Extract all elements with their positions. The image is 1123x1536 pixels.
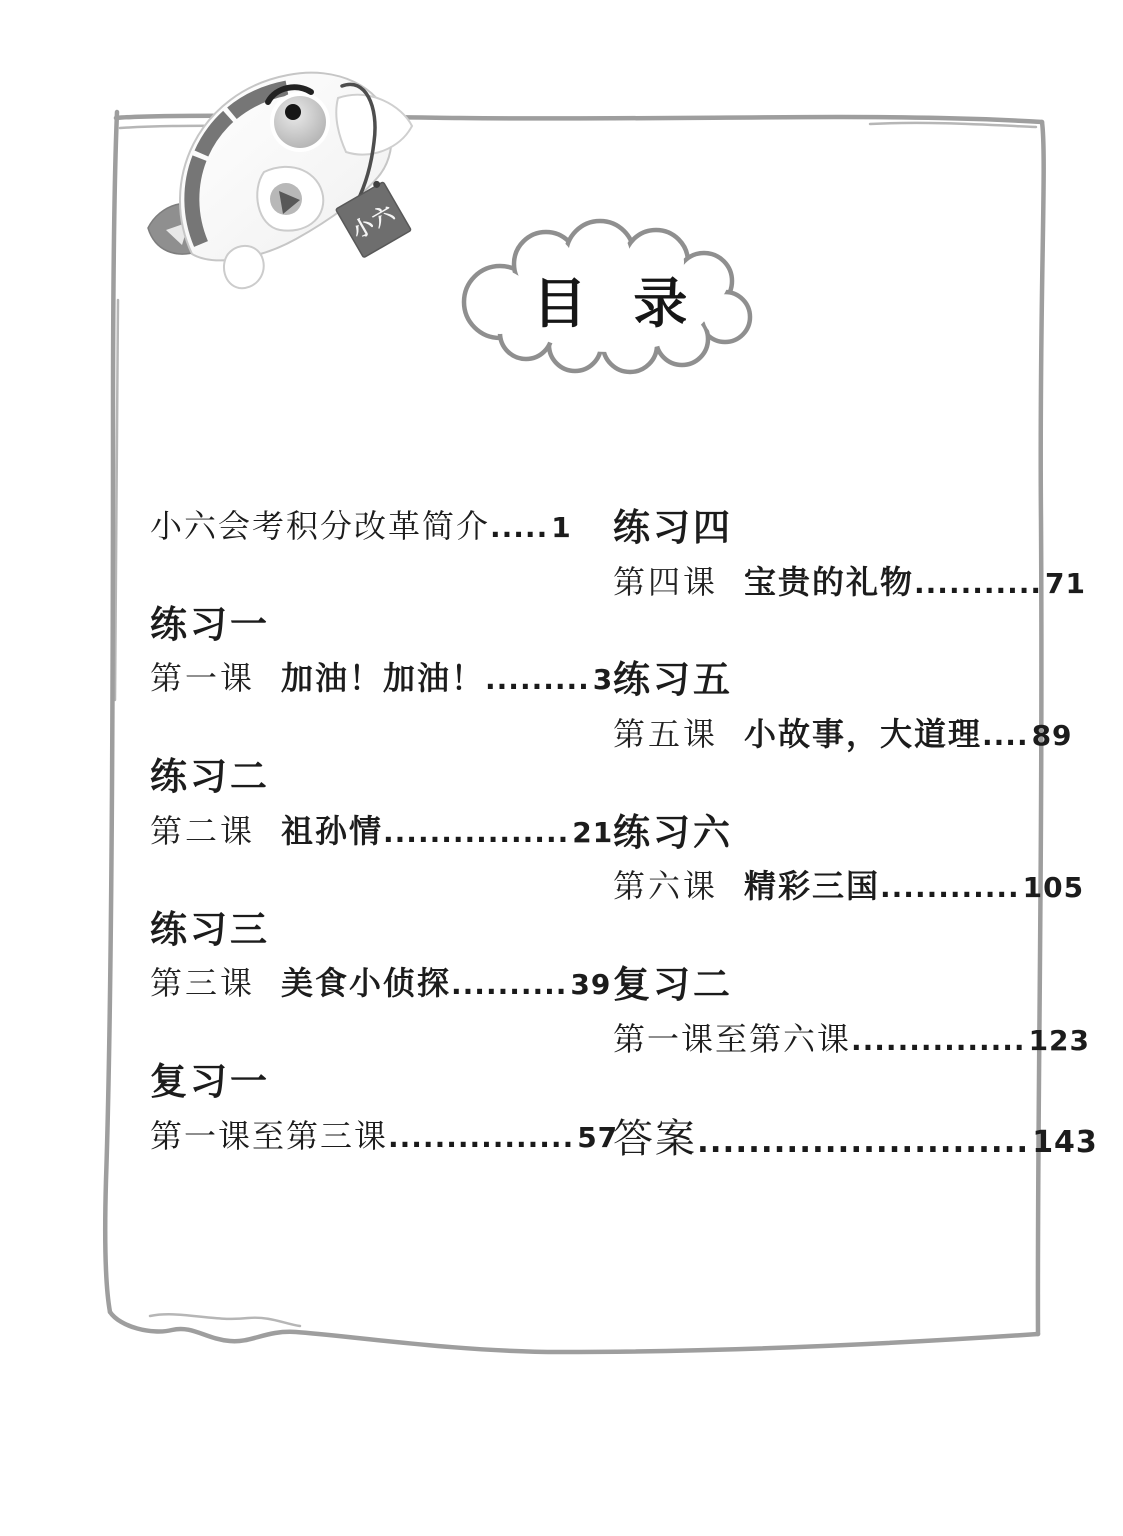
- section-label: 复习二: [613, 963, 733, 1006]
- entry-lesson-label: 第二课: [150, 812, 255, 850]
- fish-pectoral-fin: [257, 167, 323, 231]
- dot-leader: ................: [388, 1121, 574, 1154]
- fish-mascot-illustration: 小六: [140, 62, 430, 302]
- entry-lesson-label: 第五课: [613, 715, 718, 753]
- page-title: 目 录: [460, 218, 760, 380]
- fish-lower-fin: [224, 246, 264, 288]
- title-cloud: 目 录: [460, 218, 760, 380]
- section-label: 练习四: [613, 506, 733, 549]
- toc-entry: 第二课祖孙情................21: [150, 813, 580, 851]
- entry-page-number: 143: [1032, 1125, 1098, 1160]
- dot-leader: ..........................: [697, 1124, 1029, 1160]
- entry-lesson-label: 第一课: [150, 659, 255, 697]
- entry-page-number: 71: [1045, 567, 1086, 600]
- toc-entry: 第六课精彩三国............105: [613, 868, 1043, 906]
- toc-section-header: 复习二: [613, 963, 1043, 1007]
- entry-page-number: 3: [593, 663, 613, 696]
- entry-lesson-label: 第六课: [613, 867, 718, 905]
- entry-page-number: 105: [1023, 871, 1084, 904]
- entry-title: 答案: [613, 1116, 697, 1162]
- toc-section-header: 练习四: [613, 506, 1043, 550]
- entry-title: 第一课至第三课: [150, 1117, 388, 1155]
- dot-leader: ...........: [914, 567, 1042, 600]
- toc-line-entry: 第一课至第三课................57: [150, 1118, 580, 1156]
- toc-column-left: 小六会考积分改革简介.....1练习一第一课加油！加油！.........3练习…: [150, 508, 580, 1155]
- toc-entry: 第一课加油！加油！.........3: [150, 660, 580, 698]
- entry-lesson-label: 第三课: [150, 964, 255, 1002]
- entry-title: 祖孙情: [281, 812, 383, 850]
- dot-leader: .....: [490, 511, 548, 544]
- section-label: 练习五: [613, 658, 733, 701]
- toc-section-header: 练习六: [613, 811, 1043, 855]
- toc-line-entry: 第一课至第六课...............123: [613, 1021, 1043, 1059]
- dot-leader: ...............: [851, 1024, 1026, 1057]
- toc-section-header: 复习一: [150, 1060, 580, 1104]
- entry-page-number: 1: [551, 511, 571, 544]
- entry-title: 加油！加油！: [281, 659, 485, 697]
- entry-page-number: 123: [1029, 1024, 1090, 1057]
- toc-section-header: 练习一: [150, 603, 580, 647]
- dot-leader: ....: [982, 719, 1029, 752]
- toc-entry: 第四课宝贵的礼物...........71: [613, 564, 1043, 602]
- entry-title: 宝贵的礼物: [744, 563, 914, 601]
- section-label: 复习一: [150, 1060, 270, 1103]
- toc-line-entry: 小六会考积分改革简介.....1: [150, 508, 580, 546]
- toc-section-header: 练习三: [150, 908, 580, 952]
- toc-section-header: 练习五: [613, 658, 1043, 702]
- dot-leader: ............: [880, 871, 1020, 904]
- toc-line-entry: 答案..........................143: [613, 1116, 1043, 1163]
- entry-page-number: 39: [570, 968, 611, 1001]
- dot-leader: .........: [485, 663, 590, 696]
- toc-entry: 第三课美食小侦探..........39: [150, 965, 580, 1003]
- entry-lesson-label: 第四课: [613, 563, 718, 601]
- entry-page-number: 21: [572, 816, 613, 849]
- section-label: 练习一: [150, 603, 270, 646]
- toc-column-right: 练习四第四课宝贵的礼物...........71练习五第五课小故事，大道理...…: [613, 506, 1043, 1163]
- entry-title: 美食小侦探: [281, 964, 451, 1002]
- entry-title: 小六会考积分改革简介: [150, 507, 490, 545]
- entry-title: 精彩三国: [744, 867, 880, 905]
- entry-page-number: 89: [1032, 719, 1073, 752]
- toc-entry: 第五课小故事，大道理....89: [613, 716, 1043, 754]
- dot-leader: ..........: [451, 968, 567, 1001]
- toc-section-header: 练习二: [150, 755, 580, 799]
- section-label: 练习六: [613, 811, 733, 854]
- dot-leader: ................: [383, 816, 569, 849]
- toc-page: 小六: [0, 0, 1123, 1536]
- entry-title: 小故事，大道理: [744, 715, 982, 753]
- section-label: 练习三: [150, 908, 270, 951]
- entry-title: 第一课至第六课: [613, 1020, 851, 1058]
- section-label: 练习二: [150, 755, 270, 798]
